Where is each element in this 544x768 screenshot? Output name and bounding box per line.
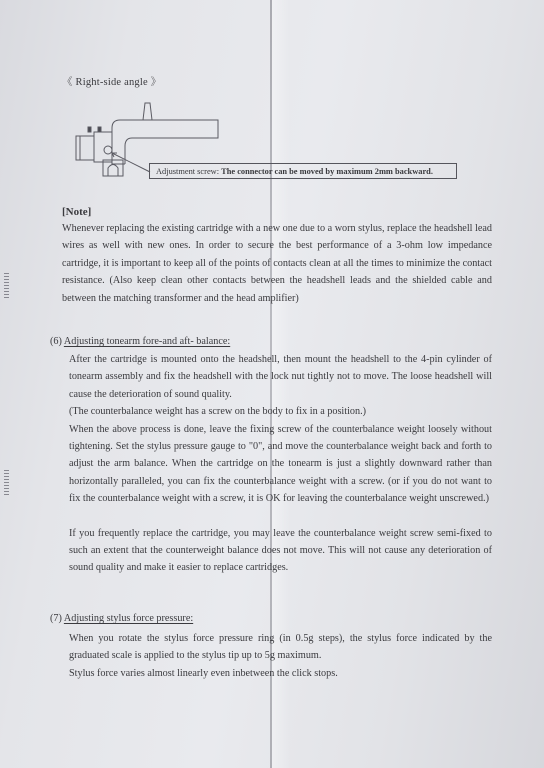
section-7-heading: (7) Adjusting stylus force pressure: [50, 613, 193, 624]
section-7-number: (7) [50, 613, 62, 624]
adjustment-screw-callout: Adjustment screw: The connector can be m… [149, 163, 457, 179]
section-7-title: Adjusting stylus force pressure: [64, 613, 193, 624]
section-6-number: (6) [50, 336, 62, 347]
note-heading: [Note] [62, 206, 91, 218]
binder-hole-mark [4, 470, 9, 496]
binder-hole-mark [4, 273, 9, 299]
section-7-paragraph-1: When you rotate the stylus force pressur… [69, 630, 492, 665]
section-6-paragraph-4: If you frequently replace the cartridge,… [69, 525, 492, 577]
section-6-body: After the cartridge is mounted onto the … [69, 351, 492, 577]
section-6-title: Adjusting tonearm fore-and aft- balance: [64, 336, 230, 347]
note-body: Whenever replacing the existing cartridg… [62, 220, 492, 307]
note-paragraph: Whenever replacing the existing cartridg… [62, 220, 492, 307]
section-6-paragraph-2: (The counterbalance weight has a screw o… [69, 403, 492, 420]
section-6-heading: (6) Adjusting tonearm fore-and aft- bala… [50, 336, 230, 347]
diagram-caption: 《 Right-side angle 》 [62, 74, 161, 89]
section-6-paragraph-3: When the above process is done, leave th… [69, 421, 492, 508]
section-7-body: When you rotate the stylus force pressur… [69, 630, 492, 682]
callout-label: Adjustment screw: [156, 167, 221, 176]
callout-text: The connector can be moved by maximum 2m… [221, 167, 433, 176]
section-7-paragraph-2: Stylus force varies almost linearly even… [69, 665, 492, 682]
section-6-paragraph-1: After the cartridge is mounted onto the … [69, 351, 492, 403]
